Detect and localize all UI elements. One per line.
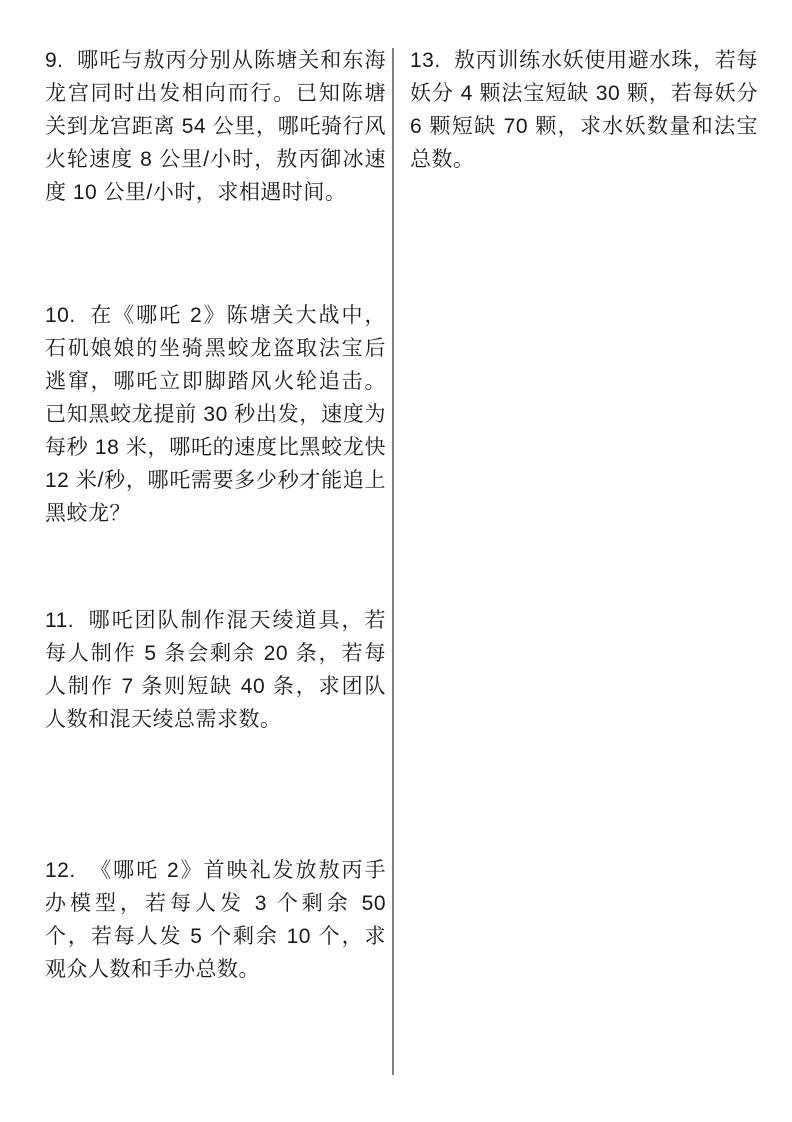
problem-13-text: 敖丙训练水妖使用避水珠，若每妖分 4 颗法宝短缺 30 颗，若每妖分 6 颗短缺…: [410, 49, 758, 171]
worksheet-page: 9.哪吒与敖丙分别从陈塘关和东海龙宫同时出发相向而行。已知陈塘关到龙宫距离 54…: [0, 0, 792, 1122]
problem-9: 9.哪吒与敖丙分别从陈塘关和东海龙宫同时出发相向而行。已知陈塘关到龙宫距离 54…: [45, 44, 386, 209]
problem-11: 11.哪吒团队制作混天绫道具，若每人制作 5 条会剩余 20 条，若每人制作 7…: [45, 604, 386, 736]
problem-13: 13.敖丙训练水妖使用避水珠，若每妖分 4 颗法宝短缺 30 颗，若每妖分 6 …: [410, 44, 758, 176]
problem-11-text: 哪吒团队制作混天绫道具，若每人制作 5 条会剩余 20 条，若每人制作 7 条则…: [45, 609, 386, 731]
problem-12-number: 12.: [45, 859, 76, 882]
problem-10-number: 10.: [45, 304, 76, 327]
problem-12-text: 《哪吒 2》首映礼发放敖丙手办模型，若每人发 3 个剩余 50 个，若每人发 5…: [45, 859, 386, 981]
problem-12: 12.《哪吒 2》首映礼发放敖丙手办模型，若每人发 3 个剩余 50 个，若每人…: [45, 854, 386, 986]
problem-10-text: 在《哪吒 2》陈塘关大战中，石矶娘娘的坐骑黑蛟龙盗取法宝后逃窜，哪吒立即脚踏风火…: [45, 304, 386, 525]
problem-9-number: 9.: [45, 49, 64, 72]
problem-11-number: 11.: [45, 609, 74, 632]
problem-13-number: 13.: [410, 49, 441, 72]
problem-10: 10.在《哪吒 2》陈塘关大战中，石矶娘娘的坐骑黑蛟龙盗取法宝后逃窜，哪吒立即脚…: [45, 299, 386, 530]
column-divider: [392, 48, 394, 1075]
problem-9-text: 哪吒与敖丙分别从陈塘关和东海龙宫同时出发相向而行。已知陈塘关到龙宫距离 54 公…: [45, 49, 386, 204]
